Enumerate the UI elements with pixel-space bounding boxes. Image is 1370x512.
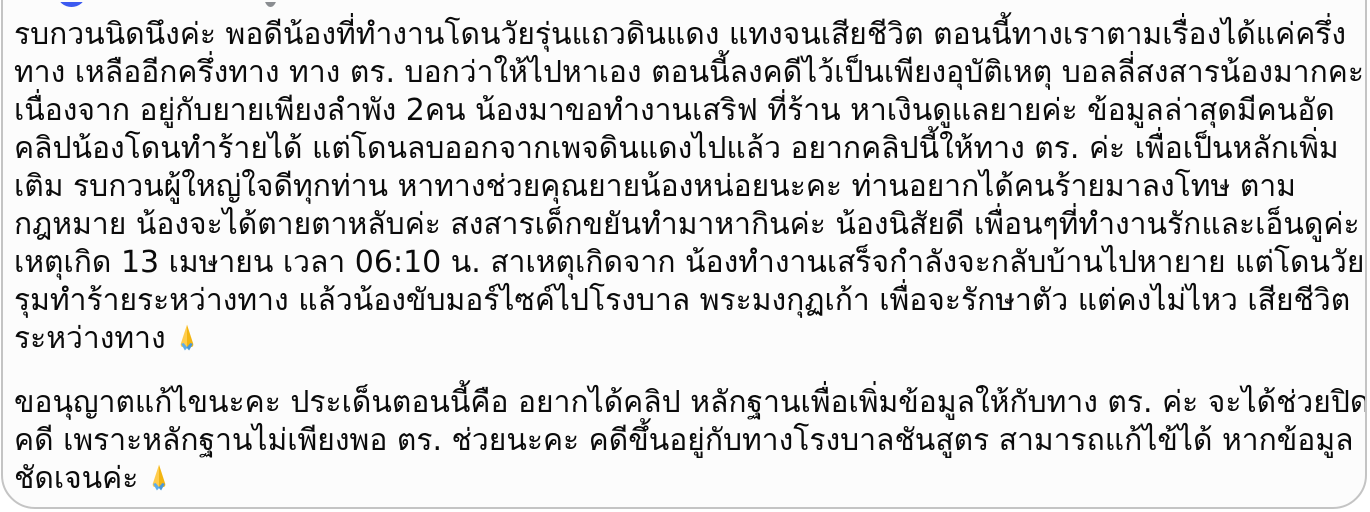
post-paragraph-1: รบกวนนิดนึงค่ะ พอดีน้องที่ทำงานโดนวัยรุ่… xyxy=(14,16,1361,358)
folded-hands-emoji xyxy=(172,322,202,354)
post-text-line: ระหว่างทาง xyxy=(14,320,1361,358)
post-text-line: คดี เพราะหลักฐานไม่เพียงพอ ตร. ช่วยนะคะ … xyxy=(14,422,1361,460)
post-paragraph-2: ขอนุญาตแก้ไขนะคะ ประเด็นตอนนี้คือ อยากได… xyxy=(14,384,1361,498)
post-body: รบกวนนิดนึงค่ะ พอดีน้องที่ทำงานโดนวัยรุ่… xyxy=(14,2,1361,507)
comment-bubble: รบกวนนิดนึงค่ะ พอดีน้องที่ทำงานโดนวัยรุ่… xyxy=(1,0,1367,509)
post-text-line: รุมทำร้ายระหว่างทาง แล้วน้องขับมอร์ไซค์ไ… xyxy=(14,282,1361,320)
post-text-line: ทาง เหลืออีกครึ่งทาง ทาง ตร. บอกว่าให้ไป… xyxy=(14,54,1361,92)
post-text-line: ชัดเจนค่ะ xyxy=(14,460,1361,498)
post-text-line: รบกวนนิดนึงค่ะ พอดีน้องที่ทำงานโดนวัยรุ่… xyxy=(14,16,1361,54)
post-text-line: เหตุเกิด 13 เมษายน เวลา 06:10 น. สาเหตุเ… xyxy=(14,244,1361,282)
post-text-line: ขอนุญาตแก้ไขนะคะ ประเด็นตอนนี้คือ อยากได… xyxy=(14,384,1361,422)
post-text-line: กฎหมาย น้องจะได้ตายตาหลับค่ะ สงสารเด็กขย… xyxy=(14,206,1361,244)
post-text-line: เติม รบกวนผู้ใหญ่ใจดีทุกท่าน หาทางช่วยคุ… xyxy=(14,168,1361,206)
post-text-line: คลิปน้องโดนทำร้ายได้ แต่โดนลบออกจากเพจดิ… xyxy=(14,130,1361,168)
folded-hands-emoji xyxy=(144,462,174,494)
post-text-line: เนื่องจาก อยู่กับยายเพียงลำพัง 2คน น้องม… xyxy=(14,92,1361,130)
